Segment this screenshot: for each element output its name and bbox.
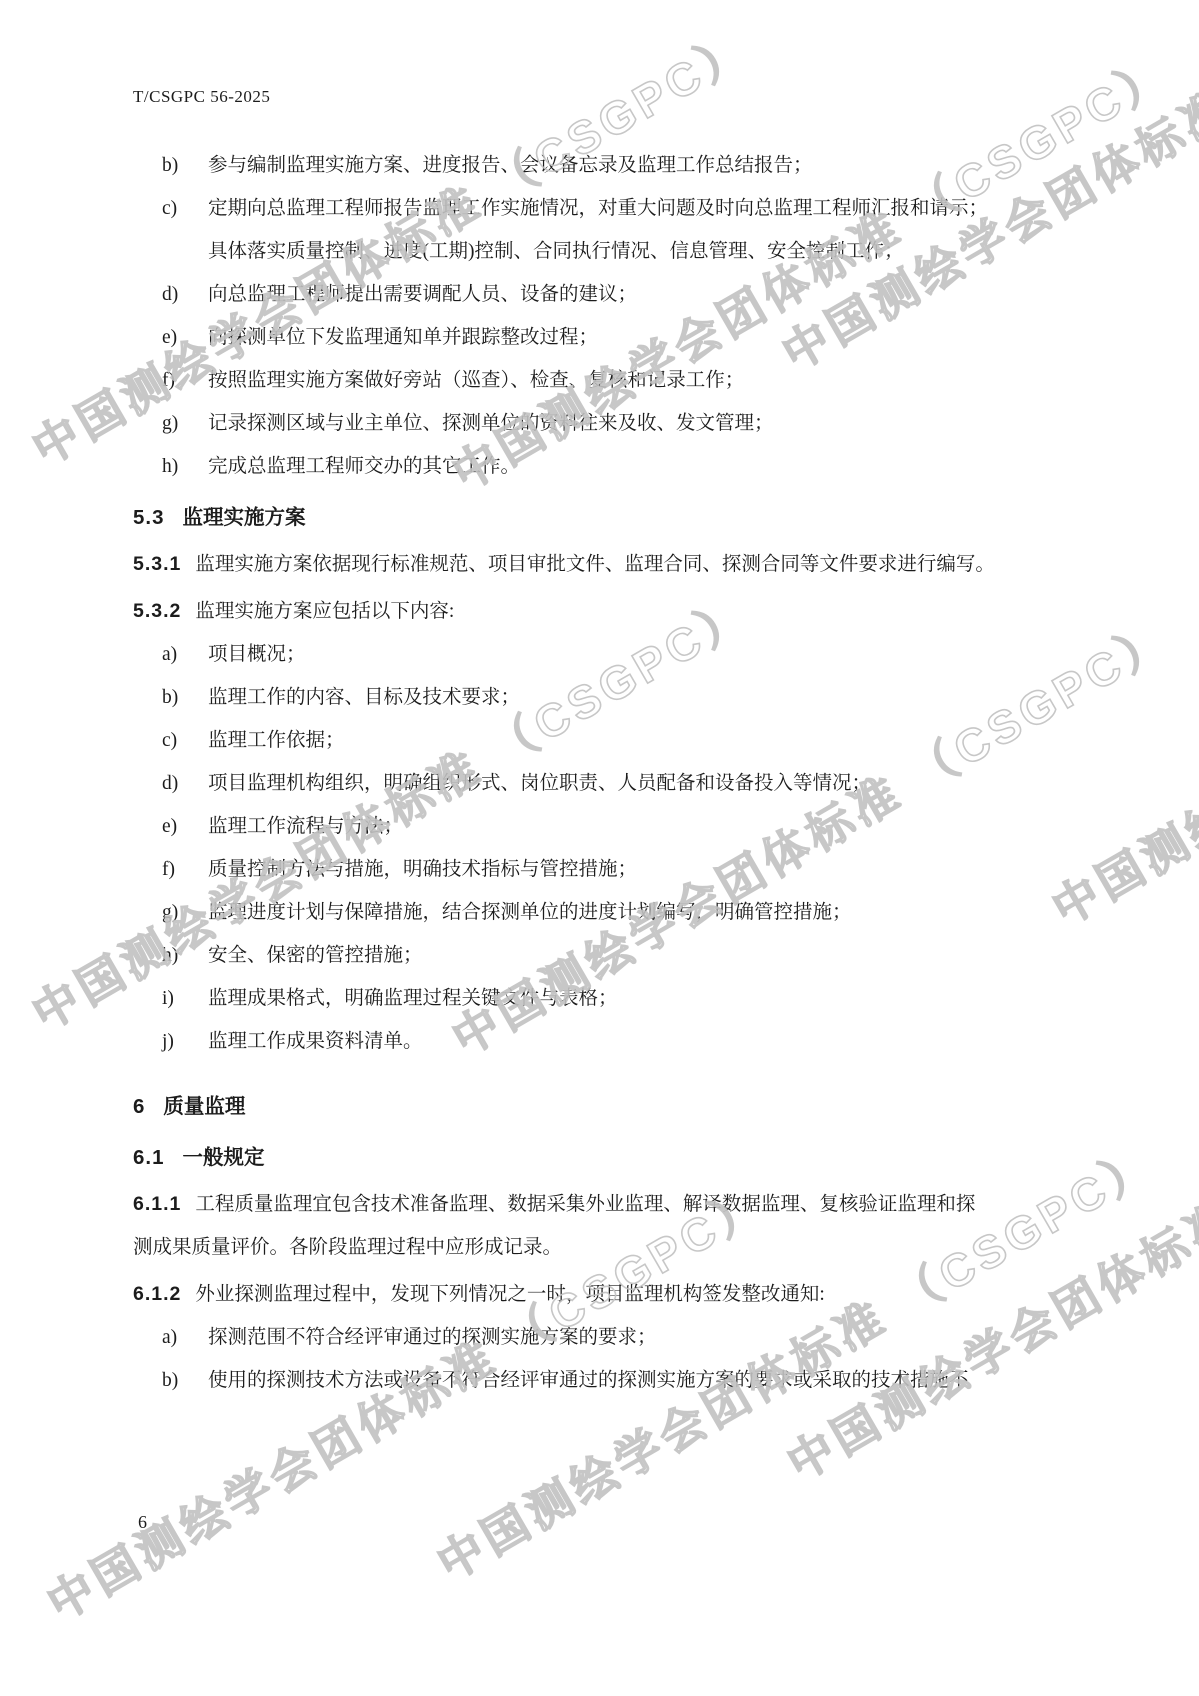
list-item: h)安全、保密的管控措施； (133, 934, 1068, 977)
clause-number: 6 (133, 1095, 145, 1118)
text-run: 完成总监理工程师交办的其它工作。 (208, 456, 520, 477)
text-run: 监理工作流程与方法； (208, 816, 403, 837)
list-item: a)项目概况； (133, 633, 1068, 676)
text-run: 具体落实质量控制、进度(工期)控制、合同执行情况、信息管理、安全控制工作； (208, 241, 904, 262)
clause-number: 5.3 (133, 506, 165, 529)
text-run: 监理进度计划与保障措施，结合探测单位的进度计划编写，明确管控措施； (208, 902, 852, 923)
list-item-label: f) (162, 359, 208, 402)
section-heading: 6.1一般规定 (133, 1136, 1068, 1179)
list-item-label: d) (162, 273, 208, 316)
clause-number: 6.1.2 (133, 1283, 181, 1305)
list-item: j)监理工作成果资料清单。 (133, 1020, 1068, 1063)
list-item: b)使用的探测技术方法或设备不符合经评审通过的探测实施方案的要求或采取的技术措施… (133, 1359, 1068, 1402)
text-run: 项目概况； (208, 644, 306, 665)
text-run: 外业探测监理过程中，发现下列情况之一时，项目监理机构签发整改通知: (195, 1284, 824, 1305)
text-run: 监理成果格式，明确监理过程关键文件与表格； (208, 988, 618, 1009)
list-item: d)项目监理机构组织，明确组织形式、岗位职责、人员配备和设备投入等情况； (133, 762, 1068, 805)
list-item-label: b) (162, 144, 208, 187)
section-heading: 6质量监理 (133, 1085, 1068, 1128)
list-item-label: j) (162, 1020, 208, 1063)
text-run: 监理工作依据； (208, 730, 345, 751)
text-run: 监理工作成果资料清单。 (208, 1031, 423, 1052)
paragraph-continuation: 测成果质量评价。各阶段监理过程中应形成记录。 (133, 1226, 1068, 1269)
clause-number: 6.1 (133, 1146, 165, 1169)
text-run: 监理实施方案依据现行标准规范、项目审批文件、监理合同、探测合同等文件要求进行编写… (195, 554, 995, 575)
text-run: 向探测单位下发监理通知单并跟踪整改过程； (208, 327, 598, 348)
list-item-label: a) (162, 1316, 208, 1359)
list-item-label: g) (162, 891, 208, 934)
list-item-label: f) (162, 848, 208, 891)
text-run: 监理实施方案 (183, 506, 306, 529)
text-run: 一般规定 (183, 1146, 265, 1169)
text-run: 监理实施方案应包括以下内容: (195, 601, 454, 622)
text-run: 测成果质量评价。各阶段监理过程中应形成记录。 (133, 1237, 562, 1258)
list-item: d)向总监理工程师提出需要调配人员、设备的建议； (133, 273, 1068, 316)
list-item-label: e) (162, 316, 208, 359)
list-item: g)监理进度计划与保障措施，结合探测单位的进度计划编写，明确管控措施； (133, 891, 1068, 934)
clause-number: 5.3.2 (133, 600, 181, 622)
text-run: 向总监理工程师提出需要调配人员、设备的建议； (208, 284, 637, 305)
list-item: h)完成总监理工程师交办的其它工作。 (133, 445, 1068, 488)
document-body: b)参与编制监理实施方案、进度报告、会议备忘录及监理工作总结报告；c)定期向总监… (133, 144, 1068, 1402)
list-item: c)定期向总监理工程师报告监理工作实施情况，对重大问题及时向总监理工程师汇报和请… (133, 187, 1068, 230)
list-item-label: d) (162, 762, 208, 805)
text-run: 监理工作的内容、目标及技术要求； (208, 687, 520, 708)
list-item-label: b) (162, 1359, 208, 1402)
text-run: 记录探测区域与业主单位、探测单位的资料往来及收、发文管理； (208, 413, 774, 434)
doc-code: T/CSGPC 56-2025 (133, 86, 1068, 108)
list-item-label: c) (162, 187, 208, 230)
list-item: c)监理工作依据； (133, 719, 1068, 762)
page-number: 6 (138, 1512, 147, 1533)
list-item-label: h) (162, 934, 208, 977)
text-run: 参与编制监理实施方案、进度报告、会议备忘录及监理工作总结报告； (208, 155, 813, 176)
section-heading: 5.3监理实施方案 (133, 496, 1068, 539)
text-run: 安全、保密的管控措施； (208, 945, 423, 966)
list-item-label: h) (162, 445, 208, 488)
list-item-label: a) (162, 633, 208, 676)
text-run: 按照监理实施方案做好旁站（巡查）、检查、复核和记录工作； (208, 370, 744, 391)
list-item: e)监理工作流程与方法； (133, 805, 1068, 848)
clause-paragraph: 6.1.1工程质量监理宜包含技术准备监理、数据采集外业监理、解译数据监理、复核验… (133, 1183, 1068, 1226)
text-run: 探测范围不符合经评审通过的探测实施方案的要求； (208, 1327, 657, 1348)
list-item-label: g) (162, 402, 208, 445)
text-run: 使用的探测技术方法或设备不符合经评审通过的探测实施方案的要求或采取的技术措施不 (208, 1370, 969, 1391)
list-item-label: e) (162, 805, 208, 848)
clause-paragraph: 5.3.1监理实施方案依据现行标准规范、项目审批文件、监理合同、探测合同等文件要… (133, 543, 1068, 586)
clause-number: 6.1.1 (133, 1193, 181, 1215)
text-run: 项目监理机构组织，明确组织形式、岗位职责、人员配备和设备投入等情况； (208, 773, 871, 794)
list-item-label: i) (162, 977, 208, 1020)
clause-paragraph: 5.3.2监理实施方案应包括以下内容: (133, 590, 1068, 633)
list-item-label: c) (162, 719, 208, 762)
paragraph-continuation: 具体落实质量控制、进度(工期)控制、合同执行情况、信息管理、安全控制工作； (133, 230, 1068, 273)
list-item: f)按照监理实施方案做好旁站（巡查）、检查、复核和记录工作； (133, 359, 1068, 402)
clause-paragraph: 6.1.2外业探测监理过程中，发现下列情况之一时，项目监理机构签发整改通知: (133, 1273, 1068, 1316)
clause-number: 5.3.1 (133, 553, 181, 575)
list-item: b)参与编制监理实施方案、进度报告、会议备忘录及监理工作总结报告； (133, 144, 1068, 187)
list-item: i)监理成果格式，明确监理过程关键文件与表格； (133, 977, 1068, 1020)
list-item: g)记录探测区域与业主单位、探测单位的资料往来及收、发文管理； (133, 402, 1068, 445)
document-page: T/CSGPC 56-2025 b)参与编制监理实施方案、进度报告、会议备忘录及… (0, 0, 1199, 1696)
list-item: a)探测范围不符合经评审通过的探测实施方案的要求； (133, 1316, 1068, 1359)
list-item: b)监理工作的内容、目标及技术要求； (133, 676, 1068, 719)
list-item-label: b) (162, 676, 208, 719)
text-run: 定期向总监理工程师报告监理工作实施情况，对重大问题及时向总监理工程师汇报和请示； (208, 198, 988, 219)
list-item: e)向探测单位下发监理通知单并跟踪整改过程； (133, 316, 1068, 359)
list-item: f)质量控制方法与措施，明确技术指标与管控措施； (133, 848, 1068, 891)
text-run: 工程质量监理宜包含技术准备监理、数据采集外业监理、解译数据监理、复核验证监理和探 (195, 1194, 975, 1215)
text-run: 质量监理 (163, 1095, 245, 1118)
text-run: 质量控制方法与措施，明确技术指标与管控措施； (208, 859, 637, 880)
